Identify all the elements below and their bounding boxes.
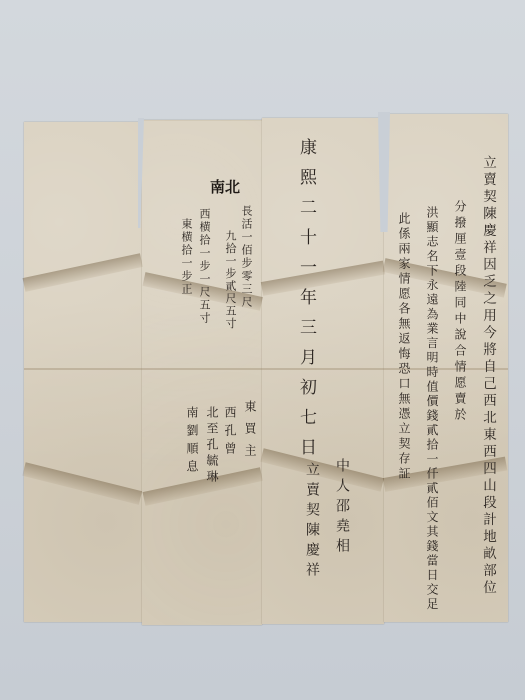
seller-signature: 立賣契陳慶祥 [302,462,322,582]
boundary-west: 西横拾一步一尺五寸 [196,208,212,325]
boundary-width: 九拾一步貳尺五寸 [222,230,238,330]
contract-line-3: 洪顯志名下永遠為業言明時值價錢貳拾一仟貳佰文其錢當日交足 [424,206,441,612]
boundary-east: 東横拾一步正 [178,218,194,296]
contract-line-4: 此係兩家情愿各無返悔恐口無憑立契存証 [396,212,413,482]
contract-date: 康熙二十一年三月初七日 [294,138,319,468]
document-photo: 立賣契陳慶祥因乏之用今將自己西北東西四山段計地畝部位 分撥厘壹段陸同中說合情愿賣… [0,0,525,700]
paper-panel-left [24,122,142,622]
boundary-heading: 南北 [210,176,240,197]
bound-south: 南劉順息 [184,406,201,478]
paper-panel-date [262,118,384,624]
bound-north: 北至孔毓琳 [204,406,221,486]
contract-line-2: 分撥厘壹段陸同中說合情愿賣於 [452,200,469,424]
contract-line-1: 立賣契陳慶祥因乏之用今將自己西北東西四山段計地畝部位 [478,155,498,597]
paper-panel-boundaries [142,120,262,625]
bound-east: 東買主 [242,400,259,466]
middleman-signature: 中人邵堯相 [332,458,352,558]
boundary-length: 長活一佰步零三尺 [238,205,254,309]
bound-west: 西孔曾 [222,406,239,460]
